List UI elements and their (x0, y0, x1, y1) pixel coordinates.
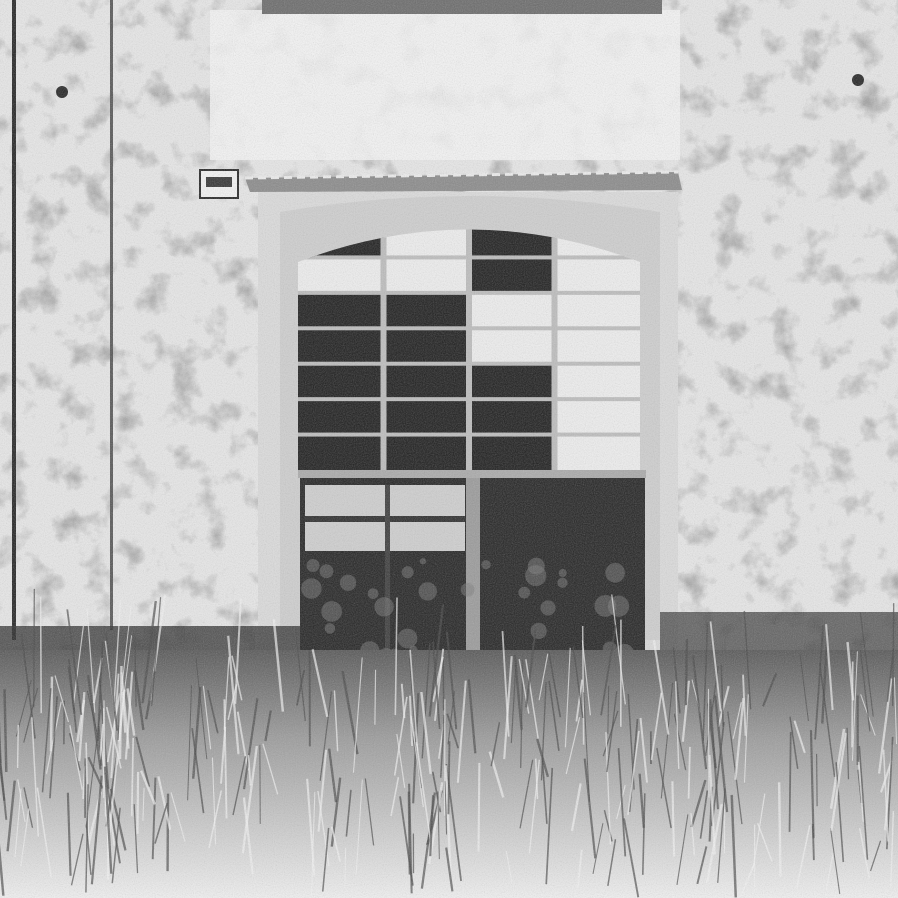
building-photo (0, 0, 898, 898)
photo-abandoned-building (0, 0, 898, 898)
